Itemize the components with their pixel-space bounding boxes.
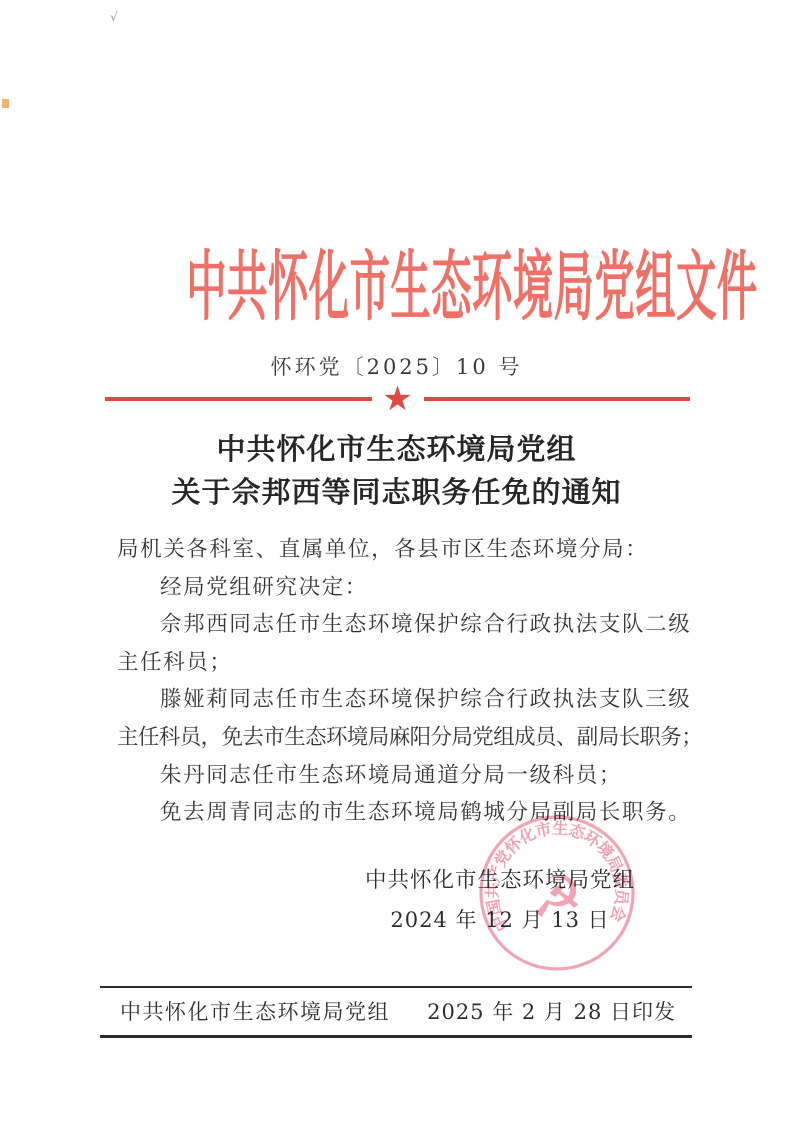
body-line-removal: 免去周青同志的市生态环境局鹤城分局副局长职务。 [117,794,679,832]
scan-artifact-dot [2,99,9,108]
colophon: 中共怀化市生态环境局党组 2025 年 2 月 28 日印发 [100,986,692,1038]
body-line-decision: 经局党组研究决定： [117,569,679,607]
colophon-issuer: 中共怀化市生态环境局党组 [120,996,390,1026]
body-line-appt-1a: 佘邦西同志任市生态环境保护综合行政执法支队二级 [117,606,679,644]
notice-title-line2: 关于佘邦西等同志职务任免的通知 [0,471,793,514]
signature-block: 中共怀化市生态环境局党组 2024 年 12 月 13 日 [355,866,645,935]
divider-rule-right [424,397,691,401]
colophon-print-date: 2025 年 2 月 28 日印发 [427,996,676,1026]
star-icon: ★ [372,388,424,410]
signature-org: 中共怀化市生态环境局党组 [355,866,645,896]
signature-date: 2024 年 12 月 13 日 [355,905,645,935]
letterhead-title: 中共怀化市生态环境局党组文件 [186,226,606,335]
document-page: √ 中共怀化市生态环境局党组文件 怀环党〔2025〕10 号 ★ 中共怀化市生态… [0,0,793,1122]
red-divider: ★ [105,388,690,410]
body-line-appt-2a: 滕娅莉同志任市生态环境保护综合行政执法支队三级 [117,681,679,719]
document-number: 怀环党〔2025〕10 号 [0,351,793,381]
notice-title: 中共怀化市生态环境局党组 关于佘邦西等同志职务任免的通知 [0,428,793,514]
body-line-appt-3: 朱丹同志任市生态环境局通道分局一级科员； [117,757,679,795]
body-line-appt-2b: 主任科员，免去市生态环境局麻阳分局党组成员、副局长职务； [117,719,679,757]
body-line-appt-1b: 主任科员； [117,644,679,682]
divider-rule-left [105,397,372,401]
scan-artifact-mark: √ [110,10,118,22]
body-line-salutation: 局机关各科室、直属单位，各县市区生态环境分局： [117,531,679,569]
notice-title-line1: 中共怀化市生态环境局党组 [0,428,793,471]
notice-body: 局机关各科室、直属单位，各县市区生态环境分局： 经局党组研究决定： 佘邦西同志任… [117,531,679,832]
